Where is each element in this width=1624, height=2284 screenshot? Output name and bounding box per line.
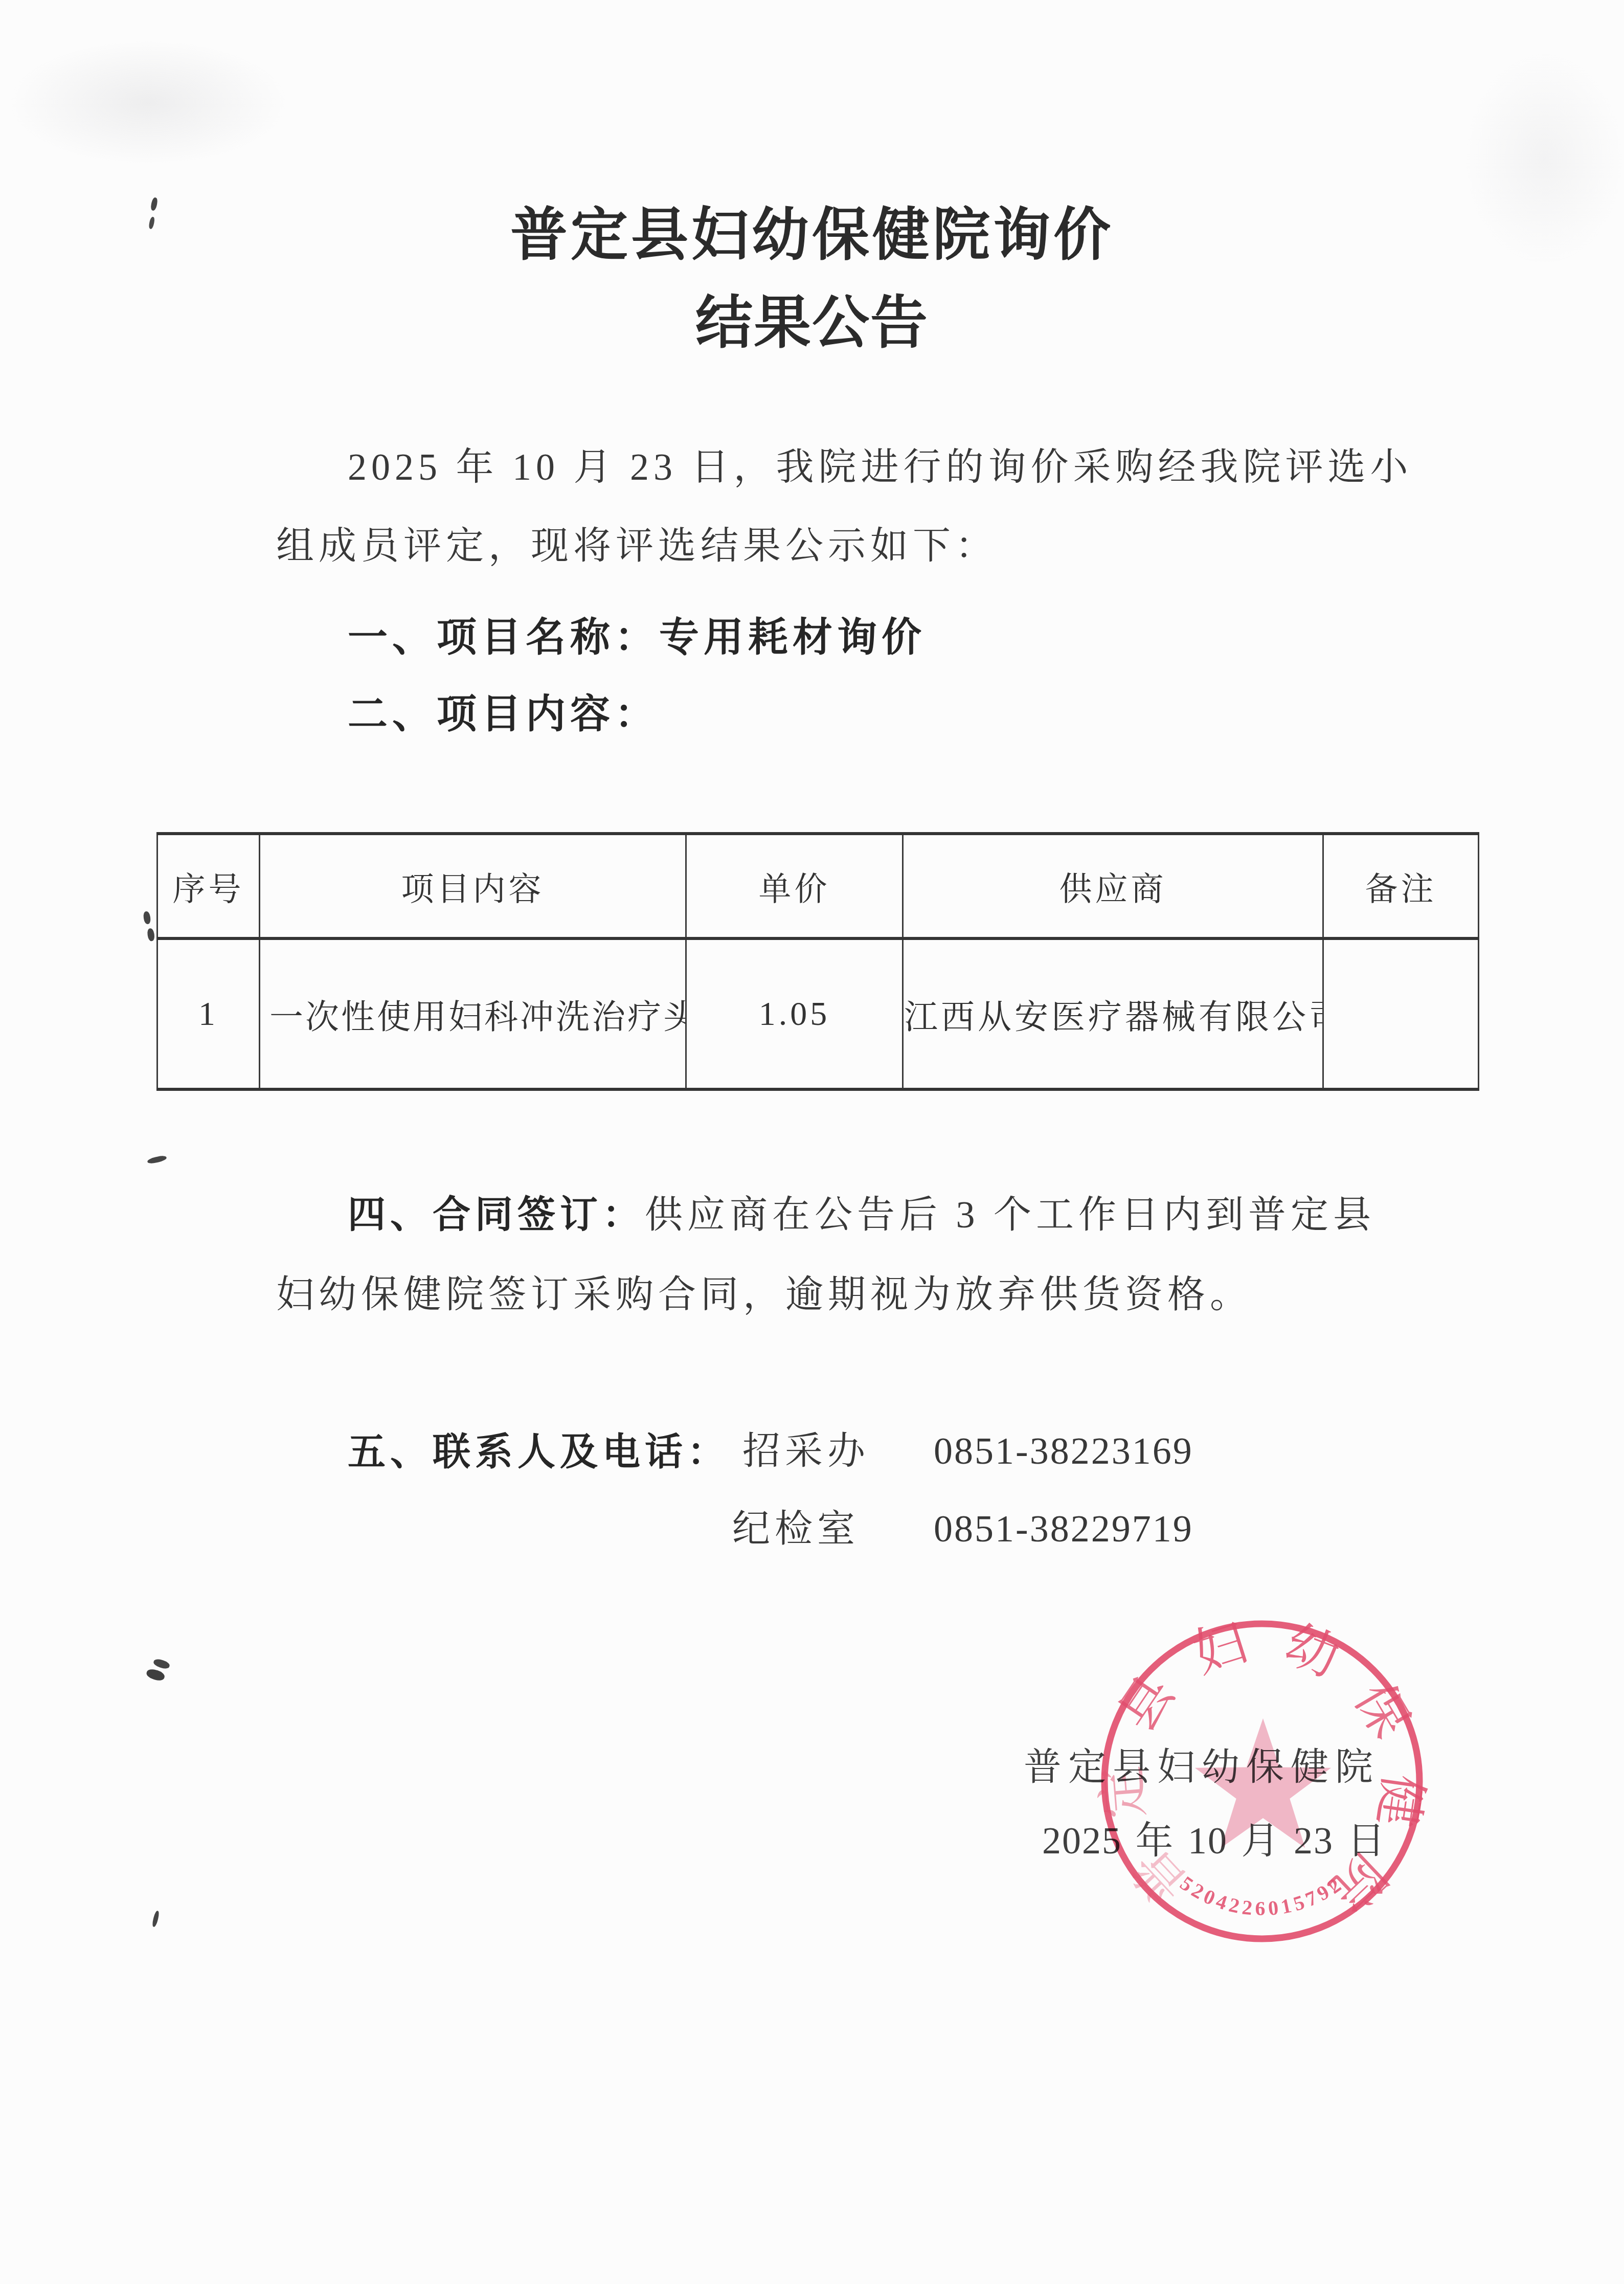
table-header-supplier: 供应商: [903, 834, 1323, 938]
table-header-item: 项目内容: [260, 834, 686, 938]
section-contacts-label: 五、联系人及电话：: [348, 1430, 730, 1473]
intro-paragraph-line-1: 2025 年 10 月 23 日，我院进行的询价采购经我院评选小: [348, 446, 1413, 489]
table-cell-unit-price: 1.05: [686, 938, 903, 1089]
section-contract-text: 供应商在公告后 3 个工作日内到普定县: [645, 1194, 1375, 1236]
scan-blotch-top-left: [0, 15, 343, 189]
stamp-arc-char: 健: [1367, 1771, 1432, 1830]
contact-1-name: 招采办: [742, 1430, 870, 1473]
section-contract-line-1: 四、合同签订：供应商在公告后 3 个工作日内到普定县: [348, 1193, 1375, 1237]
announcement-document: 普定县妇幼保健院询价 结果公告 2025 年 10 月 23 日，我院进行的询价…: [0, 0, 1624, 2284]
stamp-arc-char: 保: [1343, 1674, 1419, 1748]
table-row: 1 一次性使用妇科冲洗治疗头 1.05 江西从安医疗器械有限公司: [157, 938, 1479, 1089]
contact-2-name: 纪检室: [732, 1508, 860, 1551]
document-title-line-2: 结果公告: [0, 277, 1624, 360]
results-table: 序号 项目内容 单价 供应商 备注 1 一次性使用妇科冲洗治疗头 1.05 江西…: [156, 832, 1479, 1091]
table-cell-remark: [1323, 938, 1479, 1089]
section-contract-line-2: 妇幼保健院签订采购合同，逾期视为放弃供货资格。: [276, 1273, 1252, 1317]
table-cell-item: 一次性使用妇科冲洗治疗头: [260, 938, 686, 1089]
intro-paragraph-line-2: 组成员评定，现将评选结果公示如下：: [276, 525, 998, 568]
section-project-name-text: 一、项目名称：专用耗材询价: [348, 615, 926, 660]
table-cell-seq: 1: [157, 938, 260, 1089]
section-project-name: 一、项目名称：专用耗材询价: [348, 615, 926, 661]
stamp-star: [1195, 1718, 1331, 1848]
stamp-arc-char: 县: [1109, 1666, 1186, 1741]
stamp-arc-char: 定: [1093, 1764, 1155, 1821]
official-seal-stamp: 普定县妇幼保健院 5204226015792: [1088, 1607, 1436, 1955]
section-project-content-text: 二、项目内容：: [348, 691, 659, 736]
table-header-unit-price: 单价: [686, 834, 903, 938]
ink-speck: [151, 1910, 160, 1927]
section-contract-label: 四、合同签订：: [348, 1193, 645, 1236]
contact-1-phone: 0851-38223169: [934, 1430, 1193, 1473]
ink-speck: [147, 1155, 167, 1165]
ink-speck: [143, 911, 151, 925]
table-header-seq: 序号: [157, 834, 260, 938]
table-cell-supplier: 江西从安医疗器械有限公司: [903, 938, 1323, 1089]
document-title-line-1: 普定县妇幼保健院询价: [0, 189, 1624, 272]
table-header-remark: 备注: [1323, 834, 1479, 938]
section-project-content: 二、项目内容：: [348, 691, 659, 737]
table-header-row: 序号 项目内容 单价 供应商 备注: [157, 834, 1479, 938]
contact-2-phone: 0851-38229719: [934, 1508, 1193, 1551]
